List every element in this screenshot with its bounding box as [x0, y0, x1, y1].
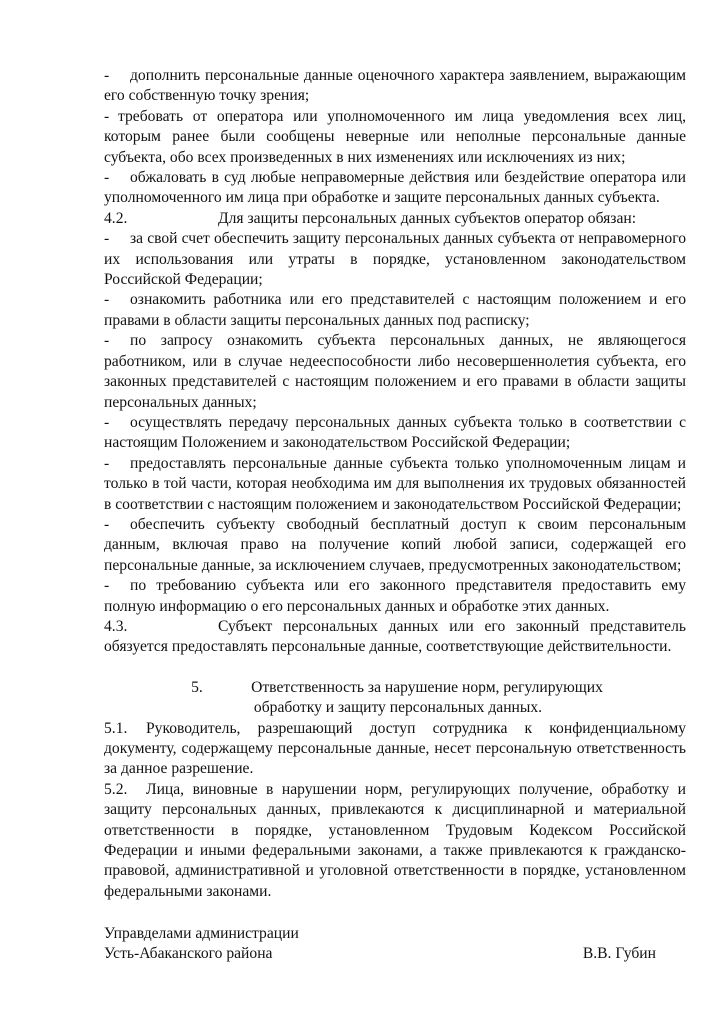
bullet-dash: -	[104, 576, 130, 596]
bullet-dash: -	[104, 413, 130, 433]
list-item: -по запросу ознакомить субъекта персонал…	[104, 331, 686, 413]
bullet-dash: -	[104, 515, 130, 535]
signature-block: Управделами администрации Усть-Абаканско…	[104, 924, 656, 965]
bullet-dash: -	[104, 66, 130, 86]
clause-number: 4.3.	[104, 617, 218, 637]
clause-text: Для защиты персональных данных субъектов…	[218, 210, 636, 227]
bullet-dash: -	[104, 229, 130, 249]
section-title-line2: обработку и защиту персональных данных.	[104, 698, 686, 718]
bullet-dash: -	[104, 331, 130, 351]
section-5-heading: 5.Ответственность за нарушение норм, рег…	[104, 678, 686, 719]
signature-position-line2: Усть-Абаканского района	[104, 944, 272, 964]
list-item: -обжаловать в суд любые неправомерные де…	[104, 168, 686, 209]
list-item: -по требованию субъекта или его законног…	[104, 576, 686, 617]
list-item: -ознакомить работника или его представит…	[104, 290, 686, 331]
bullet-dash: -	[104, 290, 130, 310]
clause-4-3: 4.3.Субъект персональных данных или его …	[104, 617, 686, 658]
clause-text: Лица, виновные в нарушении норм, регулир…	[104, 781, 686, 900]
clause-number: 4.2.	[104, 209, 218, 229]
section-number: 5.	[191, 678, 251, 698]
list-item: -осуществлять передачу персональных данн…	[104, 413, 686, 454]
list-item: -за свой счет обеспечить защиту персонал…	[104, 229, 686, 290]
bullet-dash: -	[104, 454, 130, 474]
list-item: -дополнить персональные данные оценочног…	[104, 66, 686, 107]
signature-name: В.В. Губин	[583, 944, 656, 964]
signature-position-line1: Управделами администрации	[104, 924, 656, 944]
clause-number: 5.1.	[104, 719, 146, 739]
bullet-dash: -	[104, 107, 118, 127]
clause-5-2: 5.2.Лица, виновные в нарушении норм, рег…	[104, 780, 686, 902]
clause-5-1: 5.1.Руководитель, разрешающий доступ сот…	[104, 719, 686, 780]
list-item: -требовать от оператора или уполномоченн…	[104, 107, 686, 168]
list-item: -обеспечить субъекту свободный бесплатны…	[104, 515, 686, 576]
clause-text: Руководитель, разрешающий доступ сотрудн…	[104, 720, 686, 778]
list-item: -предоставлять персональные данные субъе…	[104, 454, 686, 515]
section-title-line1: Ответственность за нарушение норм, регул…	[251, 679, 603, 696]
clause-4-2: 4.2.Для защиты персональных данных субъе…	[104, 209, 686, 229]
document-page: -дополнить персональные данные оценочног…	[104, 66, 686, 902]
bullet-dash: -	[104, 168, 130, 188]
clause-number: 5.2.	[104, 780, 146, 800]
